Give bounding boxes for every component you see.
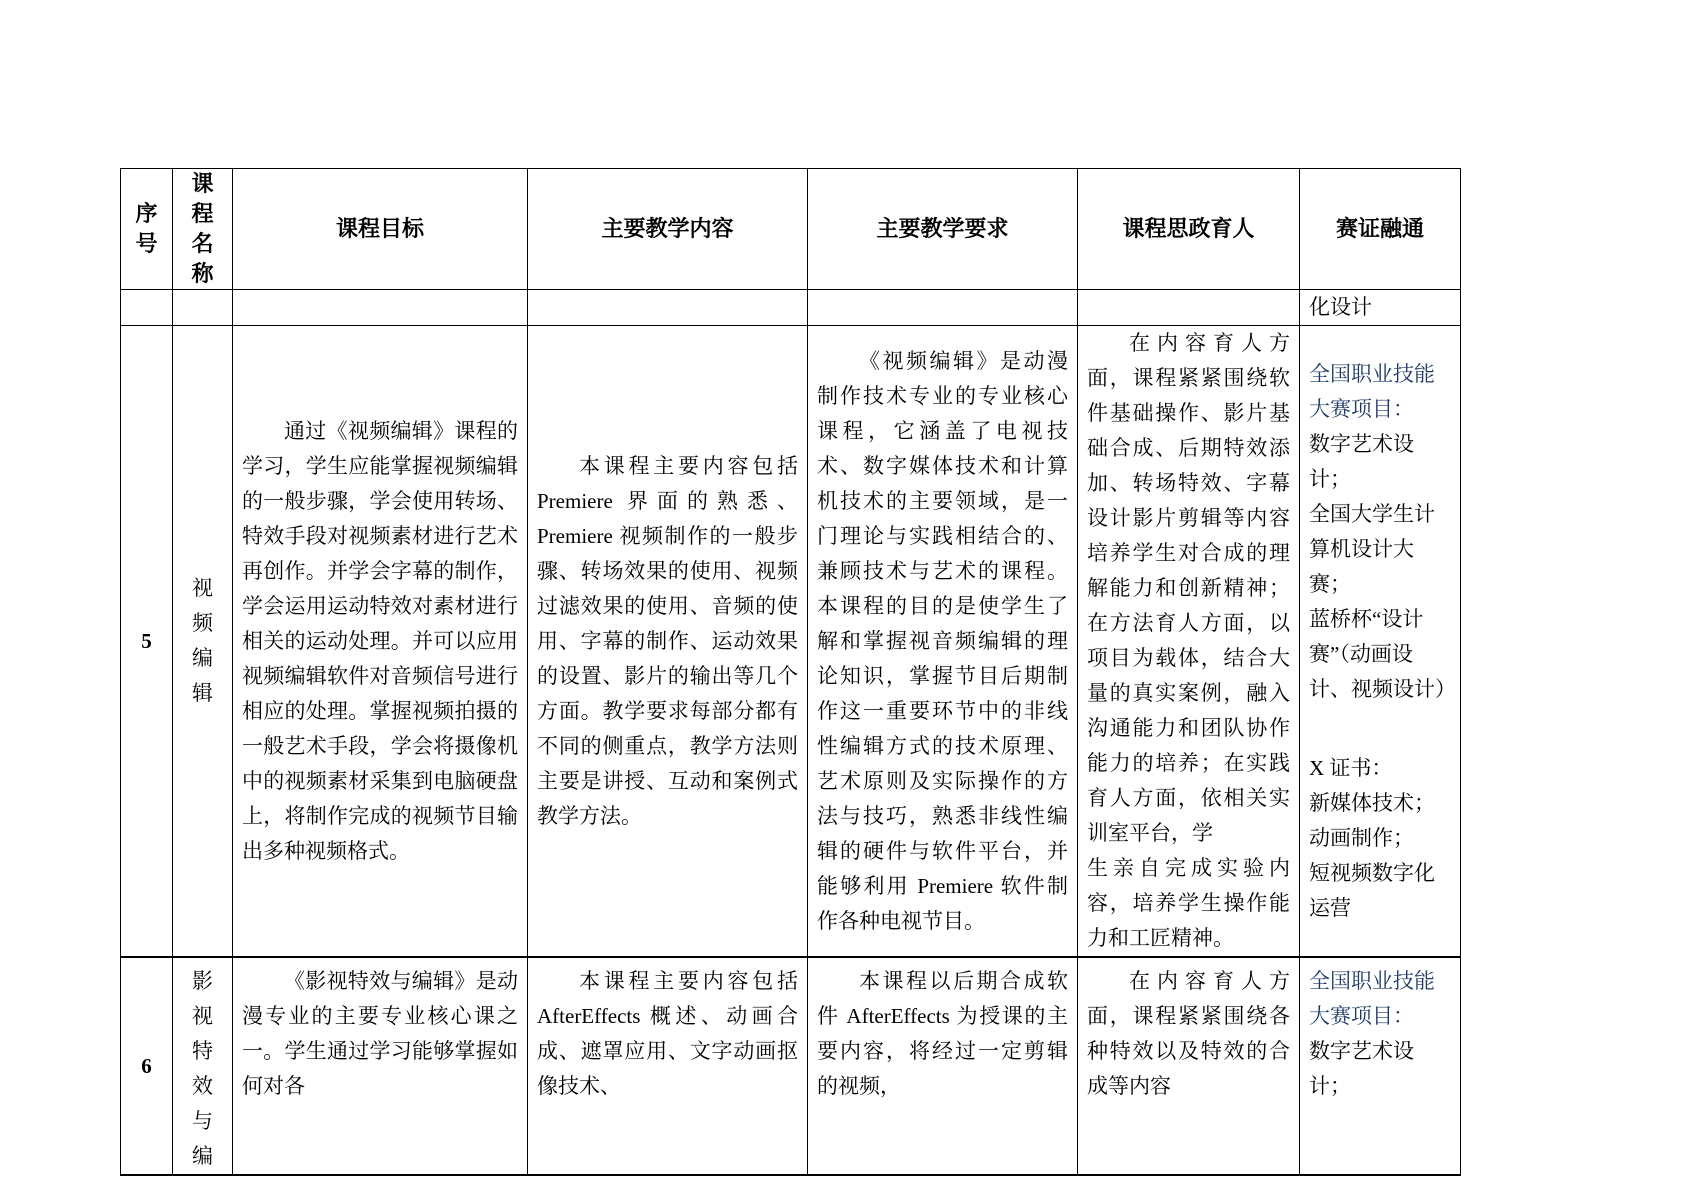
- course-requirements-text: 本课程以后期合成软件 AfterEffects 为授课的主要内容，将经过一定剪辑…: [817, 964, 1068, 1104]
- header-requirements: 主要教学要求: [808, 169, 1078, 290]
- course-requirements-text: 《视频编辑》是动漫制作技术专业的专业核心课程，它涵盖了电视技术、数字媒体技术和计…: [817, 344, 1068, 939]
- cont-objectives-cell: [233, 290, 528, 326]
- course-objectives-cell: 通过《视频编辑》课程的学习，学生应能掌握视频编辑的一般步骤，学会使用转场、特效手…: [233, 326, 528, 958]
- course-name: 视频 编辑: [173, 326, 233, 958]
- competition-title: 全国职业技能大赛项目：: [1309, 964, 1451, 1034]
- course-objectives-cell: 《影视特效与编辑》是动漫专业的主要专业核心课之一。学生通过学习能够掌握如何对各: [233, 957, 528, 1175]
- header-objectives: 课程目标: [233, 169, 528, 290]
- syllabus-table: 序 号 课程 名称 课程目标 主要教学内容 主要教学要求 课程思政育人 赛证融通…: [120, 168, 1461, 1176]
- cont-content-cell: [528, 290, 808, 326]
- course-number: 6: [121, 957, 173, 1175]
- course-content-text: 本课程主要内容包括 Premiere 界面的熟悉、Premiere 视频制作的一…: [537, 449, 798, 834]
- cont-requirements-cell: [808, 290, 1078, 326]
- course-objectives-text: 通过《视频编辑》课程的学习，学生应能掌握视频编辑的一般步骤，学会使用转场、特效手…: [242, 414, 518, 869]
- cont-no-cell: [121, 290, 173, 326]
- competition-cell: 全国职业技能大赛项目： 数字艺术设计；: [1300, 957, 1461, 1175]
- document-page: 序 号 课程 名称 课程目标 主要教学内容 主要教学要求 课程思政育人 赛证融通…: [0, 0, 1684, 1191]
- course-objectives-text: 《影视特效与编辑》是动漫专业的主要专业核心课之一。学生通过学习能够掌握如何对各: [242, 964, 518, 1104]
- course-ideology-cell: 在内容育人方面，课程紧紧围绕软件基础操作、影片基础合成、后期特效添加、转场特效、…: [1078, 326, 1300, 958]
- certificate-title: X 证书：: [1309, 751, 1451, 786]
- course-requirements-cell: 本课程以后期合成软件 AfterEffects 为授课的主要内容，将经过一定剪辑…: [808, 957, 1078, 1175]
- course-name: 影视 特效 与编: [173, 957, 233, 1175]
- course-requirements-cell: 《视频编辑》是动漫制作技术专业的专业核心课程，它涵盖了电视技术、数字媒体技术和计…: [808, 326, 1078, 958]
- continuation-row: 化设计: [121, 290, 1461, 326]
- header-content: 主要教学内容: [528, 169, 808, 290]
- spacer: [1309, 707, 1451, 751]
- course-content-text: 本课程主要内容包括 AfterEffects 概述、动画合成、遮罩应用、文字动画…: [537, 964, 798, 1104]
- cont-ideology-cell: [1078, 290, 1300, 326]
- cont-name-cell: [173, 290, 233, 326]
- header-no: 序 号: [121, 169, 173, 290]
- course-ideology-text: 在内容育人方面，课程紧紧围绕软件基础操作、影片基础合成、后期特效添加、转场特效、…: [1087, 326, 1290, 956]
- cont-competition-cell: 化设计: [1300, 290, 1461, 326]
- course-ideology-text: 在内容育人方面，课程紧紧围绕各种特效以及特效的合成等内容: [1087, 964, 1290, 1104]
- certificate-items: 新媒体技术； 动画制作； 短视频数字化运营: [1309, 786, 1451, 926]
- table-row-course-6: 6 影视 特效 与编 《影视特效与编辑》是动漫专业的主要专业核心课之一。学生通过…: [121, 957, 1461, 1175]
- course-ideology-cell: 在内容育人方面，课程紧紧围绕各种特效以及特效的合成等内容: [1078, 957, 1300, 1175]
- table-row-course-5: 5 视频 编辑 通过《视频编辑》课程的学习，学生应能掌握视频编辑的一般步骤，学会…: [121, 326, 1461, 958]
- header-course-name: 课程 名称: [173, 169, 233, 290]
- competition-items: 数字艺术设计；: [1309, 1034, 1451, 1104]
- table-header-row: 序 号 课程 名称 课程目标 主要教学内容 主要教学要求 课程思政育人 赛证融通: [121, 169, 1461, 290]
- competition-cell: 全国职业技能大赛项目： 数字艺术设计； 全国大学生计算机设计大赛； 蓝桥杯“设计…: [1300, 326, 1461, 958]
- course-content-cell: 本课程主要内容包括 Premiere 界面的熟悉、Premiere 视频制作的一…: [528, 326, 808, 958]
- course-number: 5: [121, 326, 173, 958]
- header-competition: 赛证融通: [1300, 169, 1461, 290]
- course-content-cell: 本课程主要内容包括 AfterEffects 概述、动画合成、遮罩应用、文字动画…: [528, 957, 808, 1175]
- header-ideology: 课程思政育人: [1078, 169, 1300, 290]
- competition-title: 全国职业技能大赛项目：: [1309, 357, 1451, 427]
- competition-items: 数字艺术设计； 全国大学生计算机设计大赛； 蓝桥杯“设计赛”（动画设计、视频设计…: [1309, 427, 1451, 707]
